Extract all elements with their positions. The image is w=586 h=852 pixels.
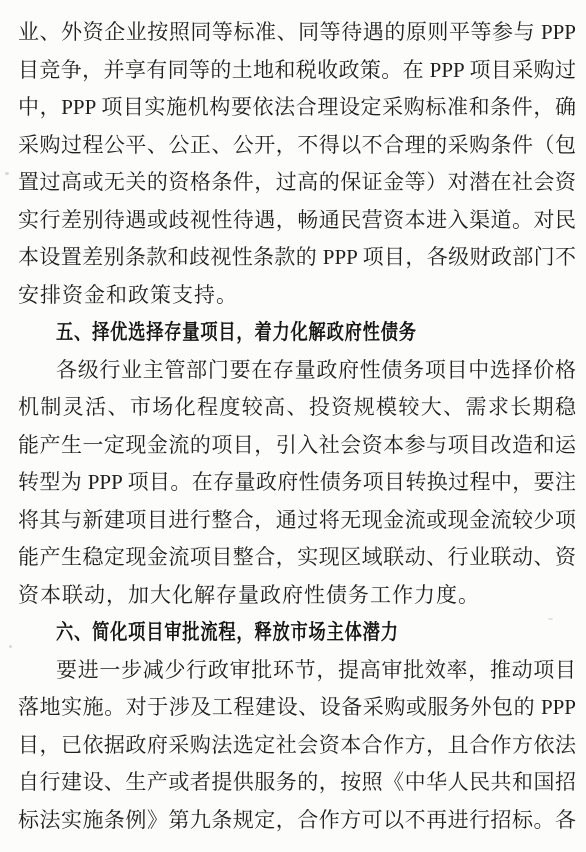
text-line: 业、外资企业按照同等标准、同等待遇的原则平等参与 PPP 项: [18, 14, 576, 52]
text-line: 能产生一定现金流的项目，引入社会资本参与项目改造和运营，: [18, 427, 576, 465]
text-line: 置过高或无关的资格条件，过高的保证金等）对潜在社会资本方: [18, 164, 576, 202]
text-line: 能产生稳定现金流项目整合，实现区域联动、行业联动、资源与: [18, 539, 576, 577]
text-line: 本设置差别条款和歧视性条款的 PPP 项目，各级财政部门不得: [18, 239, 576, 277]
text-line: 实行差别待遇或歧视性待遇，畅通民营资本进入渠道。对民营资: [18, 202, 576, 240]
text-line: 转型为 PPP 项目。在存量政府性债务项目转换过程中，要注重: [18, 464, 576, 502]
text-line: 目竞争，并享有同等的土地和税收政策。在 PPP 项目采购过程: [18, 52, 576, 90]
paragraph-section-five: 各级行业主管部门要在存量政府性债务项目中选择价格调整 机制灵活、市场化程度较高、…: [18, 352, 576, 615]
text-line: 资本联动，加大化解存量政府性债务工作力度。: [18, 577, 576, 615]
paragraph-section-six: 要进一步减少行政审批环节，提高审批效率，推动项目尽快 落地实施。对于涉及工程建设…: [18, 652, 576, 840]
text-line: 各级行业主管部门要在存量政府性债务项目中选择价格调整: [18, 352, 576, 390]
section-heading-five-text: 五、择优选择存量项目，着力化解政府性债务: [56, 314, 417, 352]
text-line: 目，已依据政府采购法选定社会资本合作方，且合作方依法能够: [18, 727, 576, 765]
text-line: 标法实施条例》第九条规定，合作方可以不再进行招标。各级发: [18, 802, 576, 840]
section-heading-six: 六、简化项目审批流程，释放市场主体潜力: [18, 614, 576, 652]
scan-speck: [5, 172, 9, 175]
paragraph-continuation: 业、外资企业按照同等标准、同等待遇的原则平等参与 PPP 项 目竞争，并享有同等…: [18, 14, 576, 314]
text-line: 机制灵活、市场化程度较高、投资规模较大、需求长期稳定、可: [18, 389, 576, 427]
text-line: 落地实施。对于涉及工程建设、设备采购或服务外包的 PPP 项: [18, 689, 576, 727]
scan-speck: [548, 618, 553, 620]
text-line: 采购过程公平、公正、公开，不得以不合理的采购条件（包括设: [18, 127, 576, 165]
scan-speck: [9, 645, 12, 648]
text-line: 安排资金和政策支持。: [18, 277, 576, 315]
section-heading-five: 五、择优选择存量项目，着力化解政府性债务: [18, 314, 576, 352]
text-line: 要进一步减少行政审批环节，提高审批效率，推动项目尽快: [18, 652, 576, 690]
text-line: 将其与新建项目进行整合，通过将无现金流或现金流较少项目与: [18, 502, 576, 540]
text-line: 自行建设、生产或者提供服务的，按照《中华人民共和国招标投: [18, 764, 576, 802]
section-heading-six-text: 六、简化项目审批流程，释放市场主体潜力: [56, 614, 399, 652]
text-line: 中，PPP 项目实施机构要依法合理设定采购标准和条件，确保: [18, 89, 576, 127]
document-page: 业、外资企业按照同等标准、同等待遇的原则平等参与 PPP 项 目竞争，并享有同等…: [0, 0, 586, 852]
